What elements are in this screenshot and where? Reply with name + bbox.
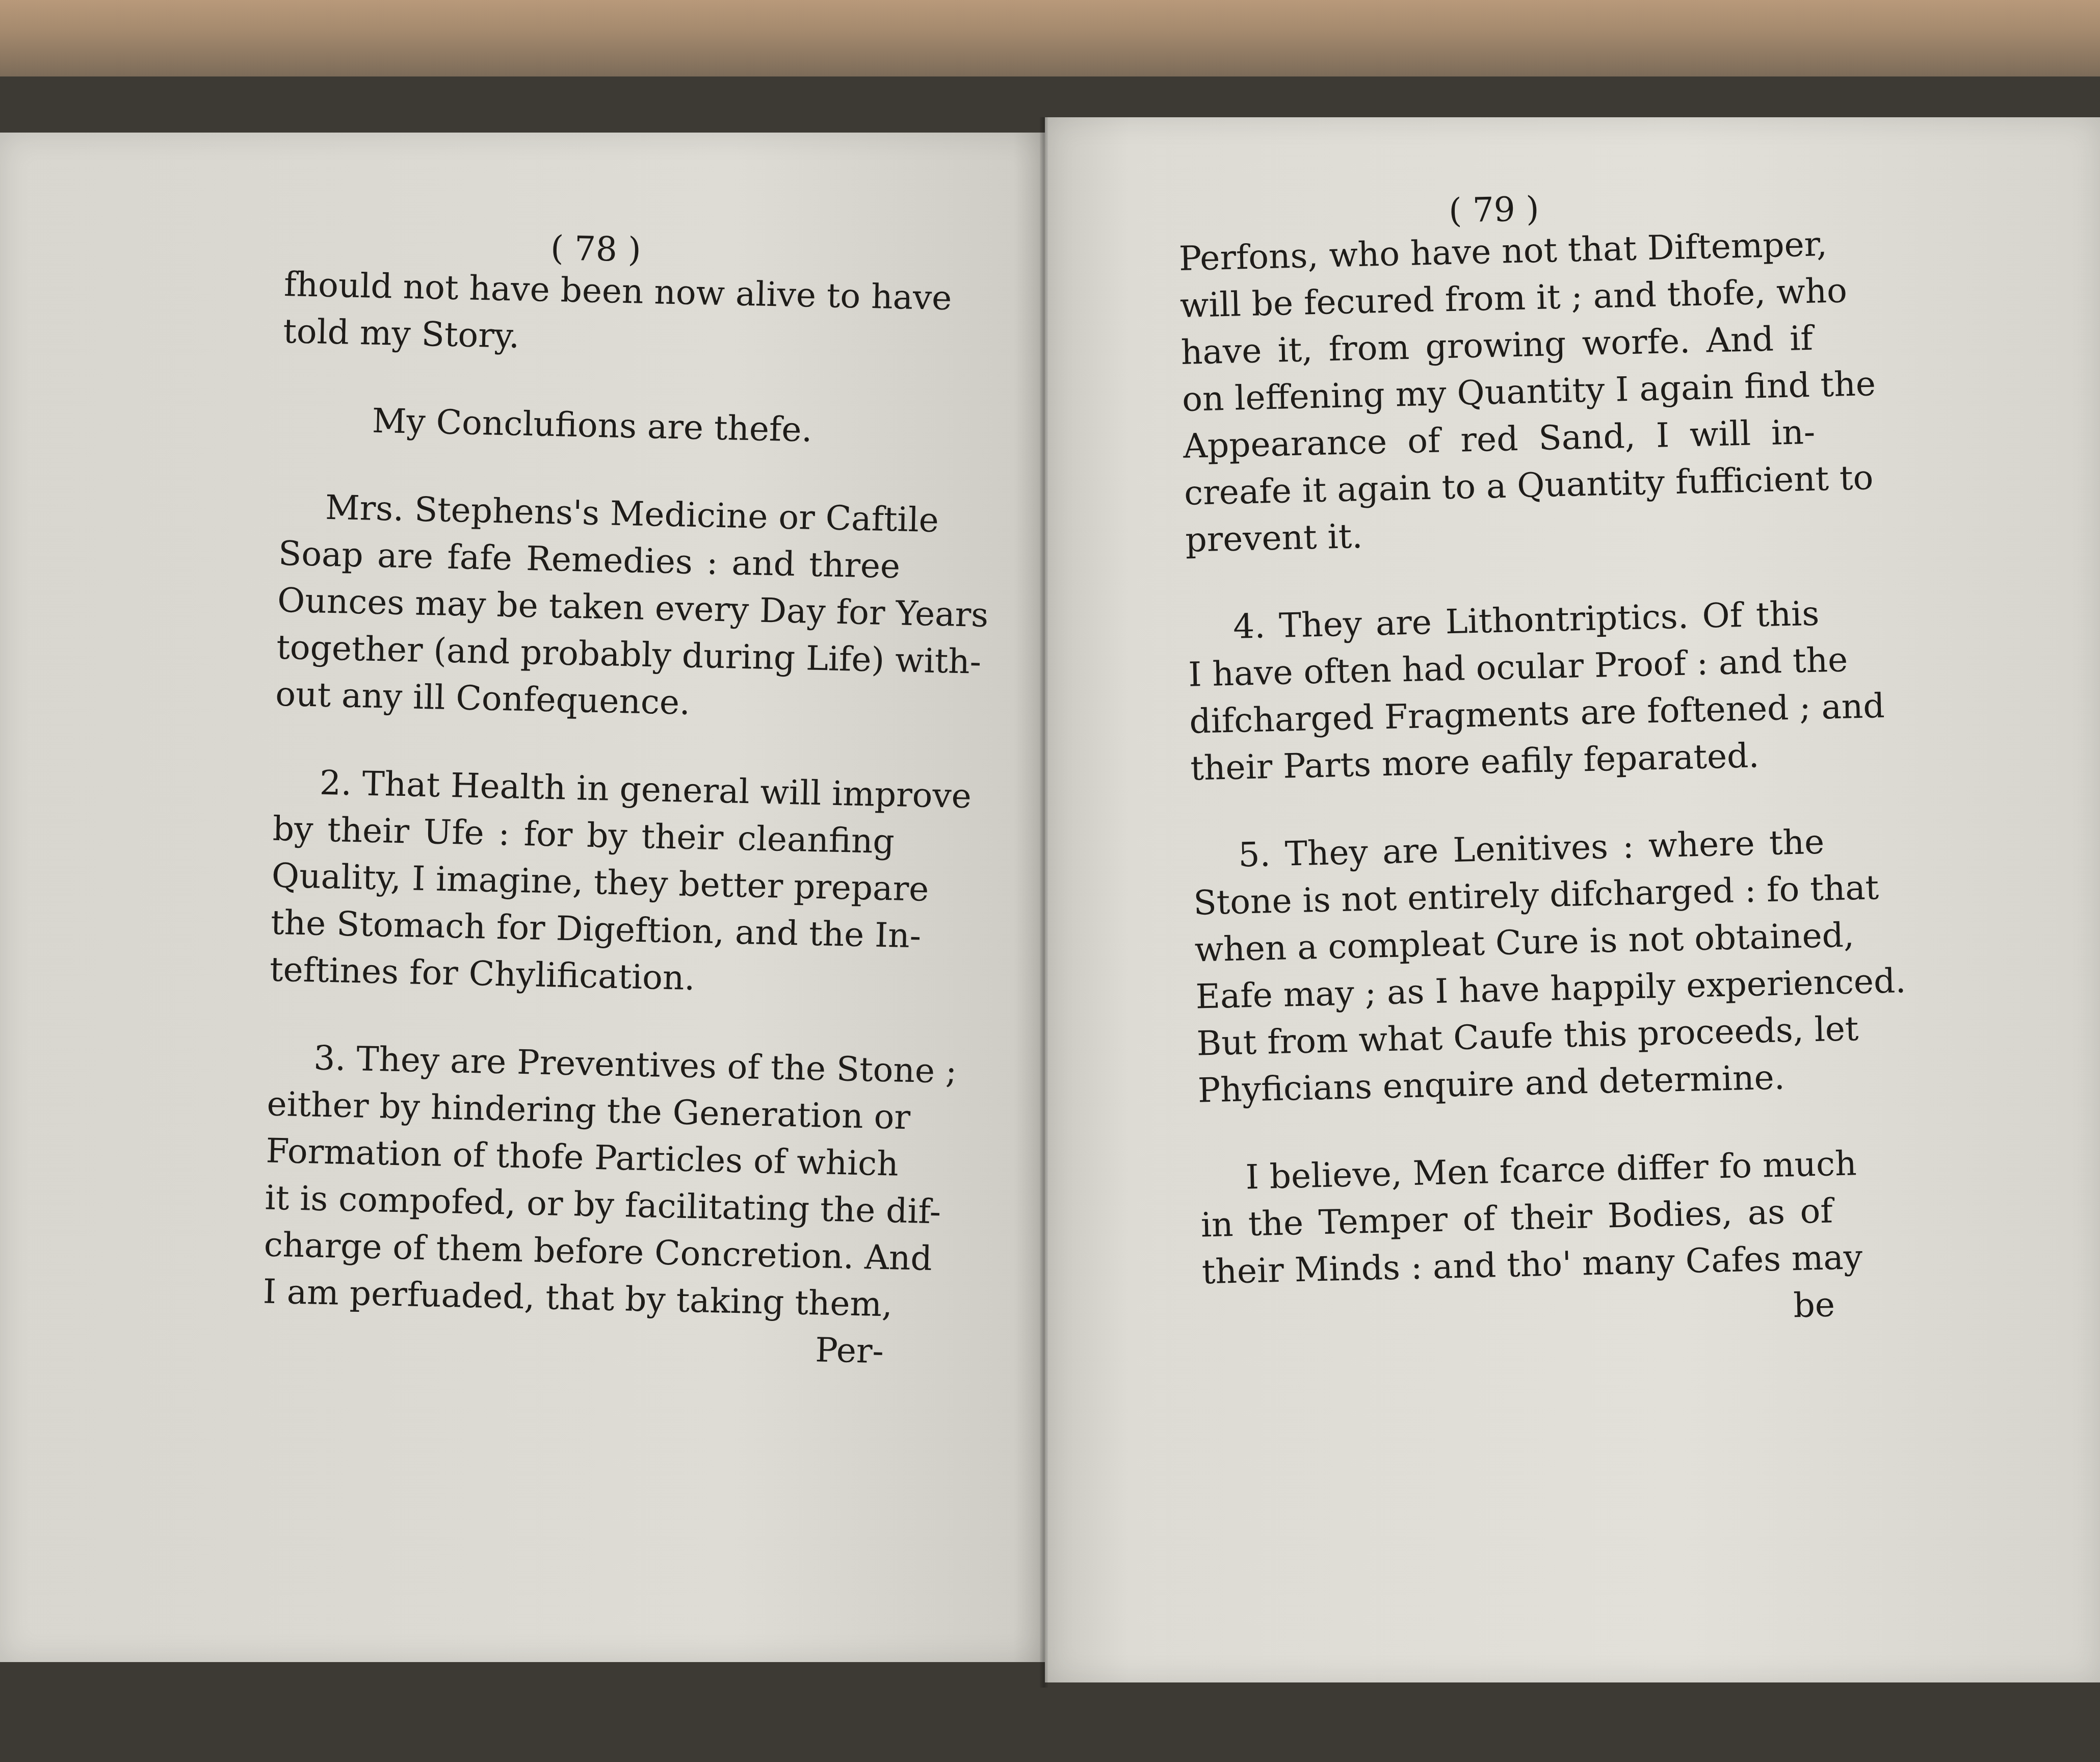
right-page: ( 79 ) Perfons, who have not that Diftem… (1045, 117, 2100, 1682)
left-page: ( 78 ) fhould not have been now alive to… (0, 133, 1045, 1662)
left-page-text: ( 78 ) fhould not have been now alive to… (261, 219, 907, 1375)
right-page-text: ( 79 ) Perfons, who have not that Diftem… (1177, 179, 1835, 1343)
book-gutter (1040, 117, 1048, 1688)
